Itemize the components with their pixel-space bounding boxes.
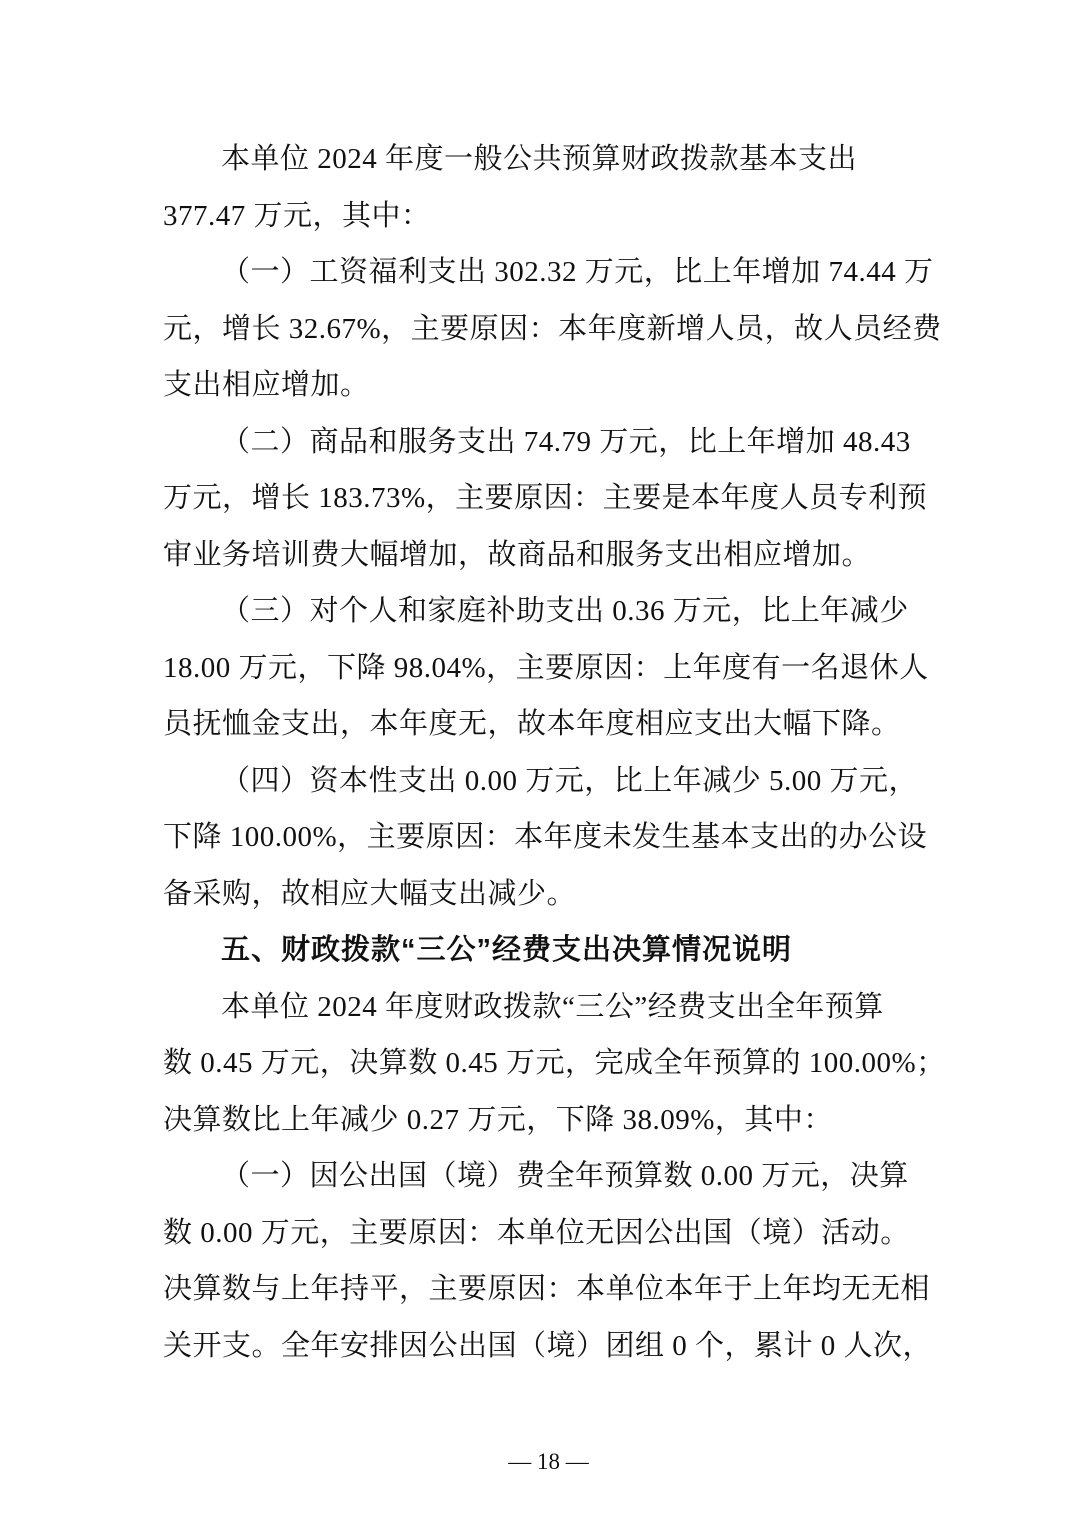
- paragraph-line: 数 0.00 万元，主要原因：本单位无因公出国（境）活动。: [163, 1205, 915, 1262]
- paragraph-line: （四）资本性支出 0.00 万元，比上年减少 5.00 万元，: [163, 753, 915, 810]
- paragraph-line: 万元，增长 183.73%，主要原因：主要是本年度人员专利预: [163, 470, 915, 527]
- paragraph-line: 18.00 万元，下降 98.04%，主要原因：上年度有一名退休人: [163, 640, 915, 697]
- paragraph-line: 本单位 2024 年度财政拨款“三公”经费支出全年预算: [163, 979, 915, 1036]
- paragraph-line: （三）对个人和家庭补助支出 0.36 万元，比上年减少: [163, 583, 915, 640]
- paragraph-line: 备采购，故相应大幅支出减少。: [163, 866, 915, 923]
- paragraph-line: 377.47 万元，其中：: [163, 188, 915, 245]
- paragraph-line: 数 0.45 万元，决算数 0.45 万元，完成全年预算的 100.00%；: [163, 1035, 915, 1092]
- paragraph-line: 下降 100.00%，主要原因：本年度未发生基本支出的办公设: [163, 809, 915, 866]
- paragraph-line: 关开支。全年安排因公出国（境）团组 0 个，累计 0 人次，: [163, 1318, 915, 1375]
- paragraph-line: （一）工资福利支出 302.32 万元，比上年增加 74.44 万: [163, 244, 915, 301]
- paragraph-line: （二）商品和服务支出 74.79 万元，比上年增加 48.43: [163, 414, 915, 471]
- paragraph-line: 员抚恤金支出，本年度无，故本年度相应支出大幅下降。: [163, 696, 915, 753]
- paragraph-line: 本单位 2024 年度一般公共预算财政拨款基本支出: [163, 131, 915, 188]
- paragraph-line: 支出相应增加。: [163, 357, 915, 414]
- section-heading: 五、财政拨款“三公”经费支出决算情况说明: [163, 922, 915, 979]
- document-page: 本单位 2024 年度一般公共预算财政拨款基本支出377.47 万元，其中：（一…: [0, 0, 1074, 1520]
- paragraph-line: 决算数与上年持平，主要原因：本单位本年于上年均无无相: [163, 1261, 915, 1318]
- page-number: — 18 —: [508, 1449, 589, 1474]
- paragraph-line: 元，增长 32.67%，主要原因：本年度新增人员，故人员经费: [163, 301, 915, 358]
- document-body: 本单位 2024 年度一般公共预算财政拨款基本支出377.47 万元，其中：（一…: [163, 131, 915, 1374]
- paragraph-line: 决算数比上年减少 0.27 万元，下降 38.09%，其中：: [163, 1092, 915, 1149]
- paragraph-line: （一）因公出国（境）费全年预算数 0.00 万元，决算: [163, 1148, 915, 1205]
- page-footer: — 18 —: [0, 1402, 1074, 1520]
- paragraph-line: 审业务培训费大幅增加，故商品和服务支出相应增加。: [163, 527, 915, 584]
